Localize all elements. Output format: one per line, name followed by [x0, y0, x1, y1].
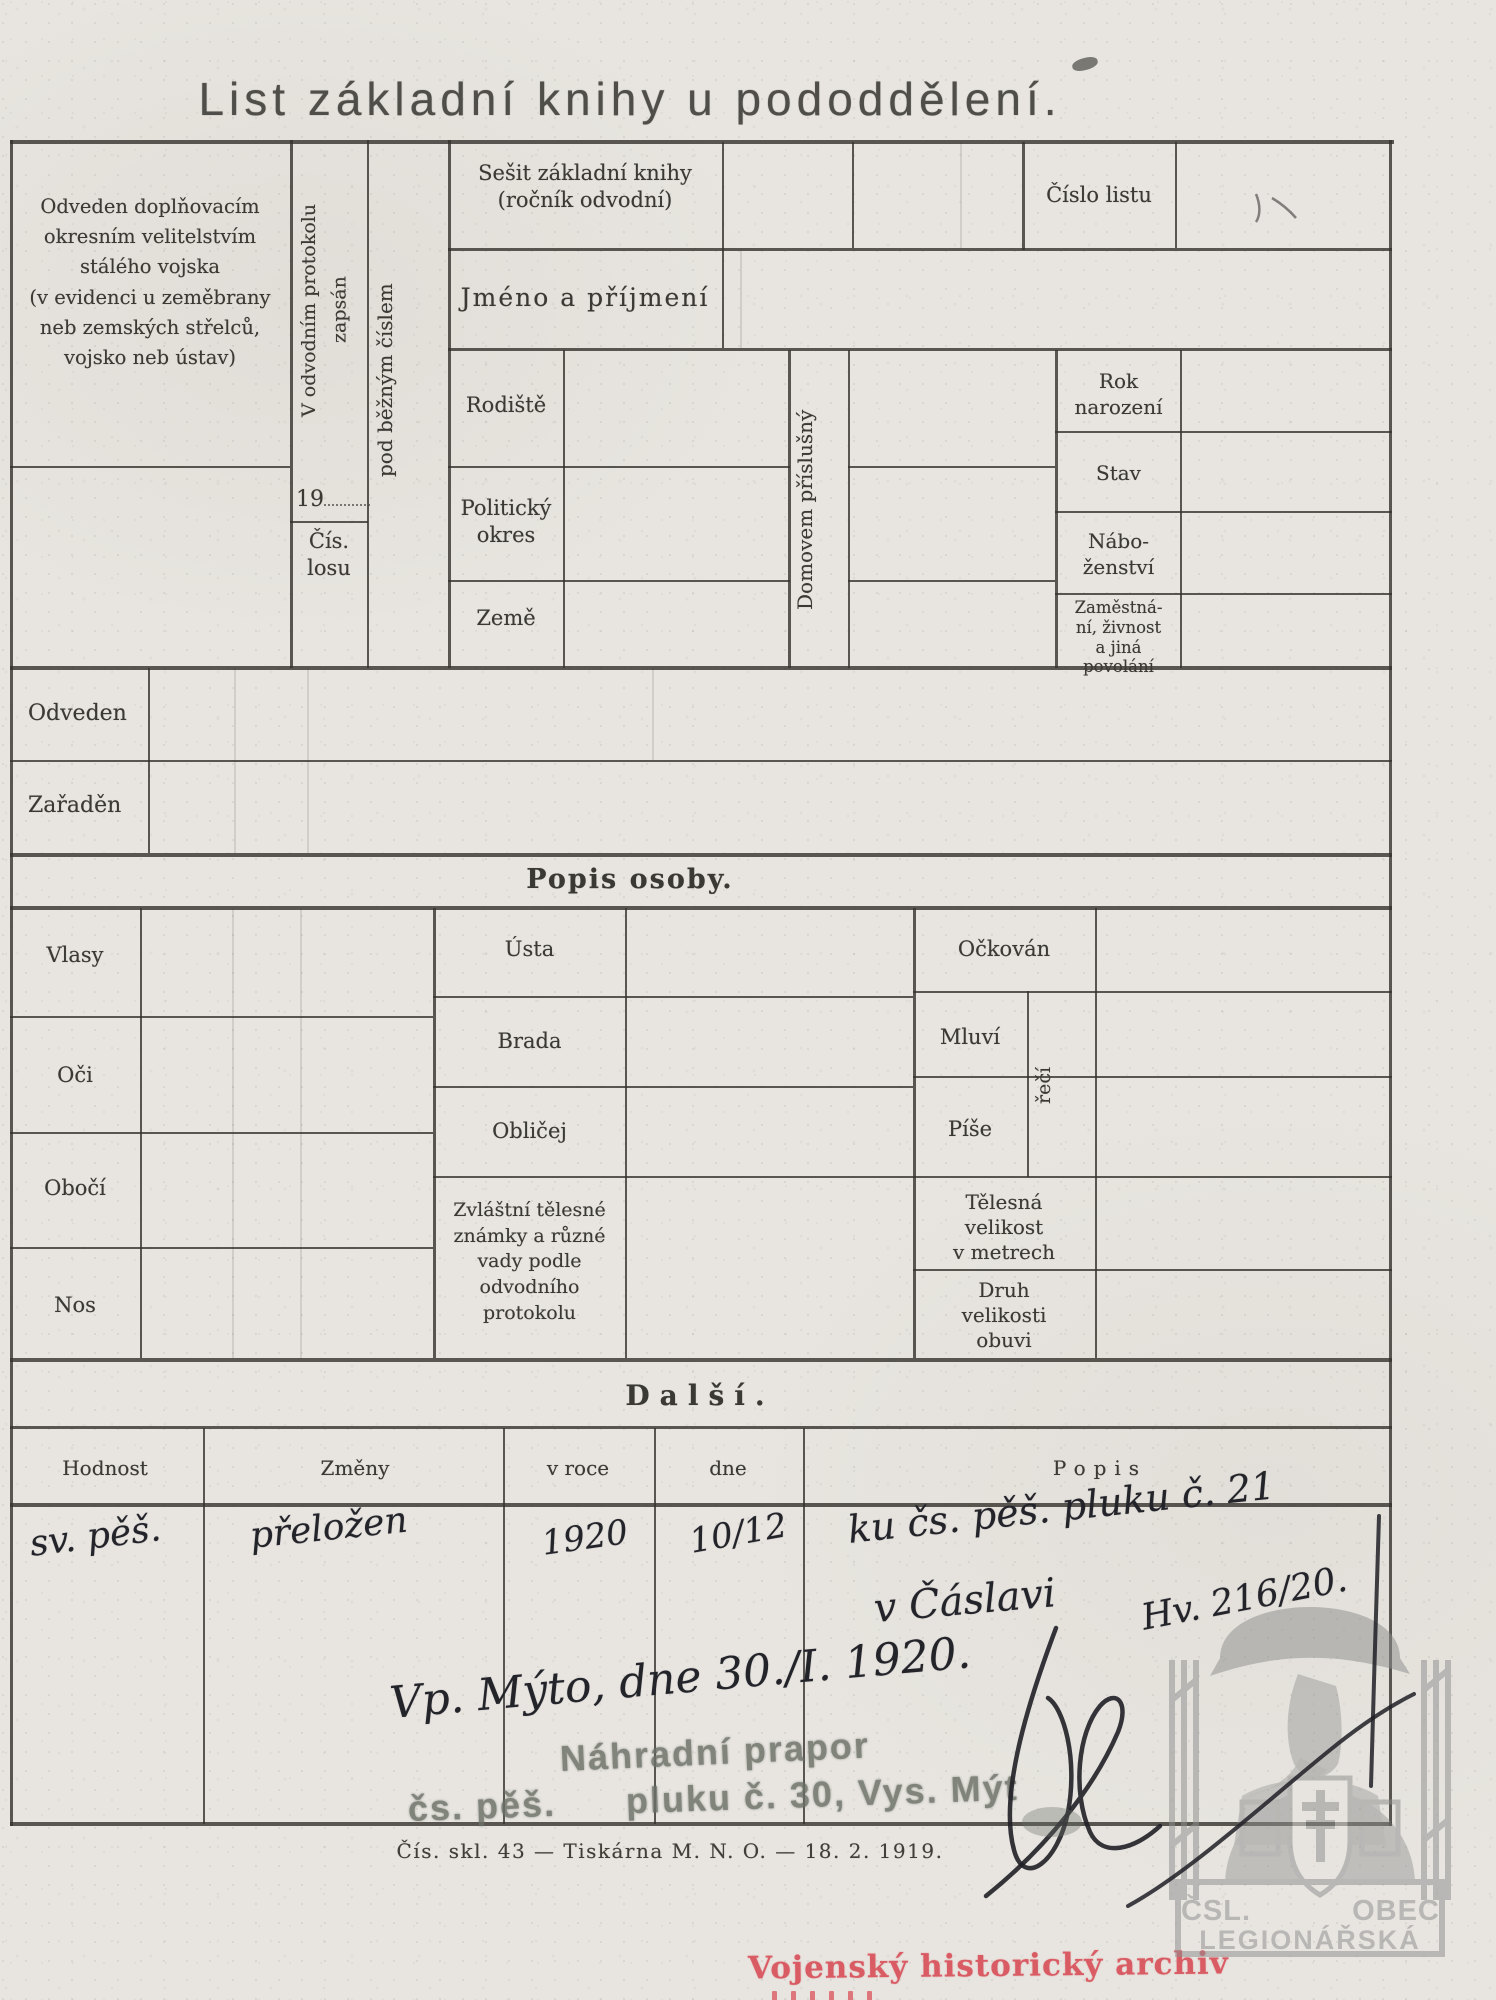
ink-strokes-overlay [0, 0, 1496, 2000]
scanned-form-page: List základní knihy u pododdělení. [0, 0, 1496, 2000]
signature-scrawl [986, 1516, 1414, 1906]
pen-squiggle-mark [1256, 194, 1296, 222]
stamp-ink-smudge [1022, 1807, 1082, 1837]
